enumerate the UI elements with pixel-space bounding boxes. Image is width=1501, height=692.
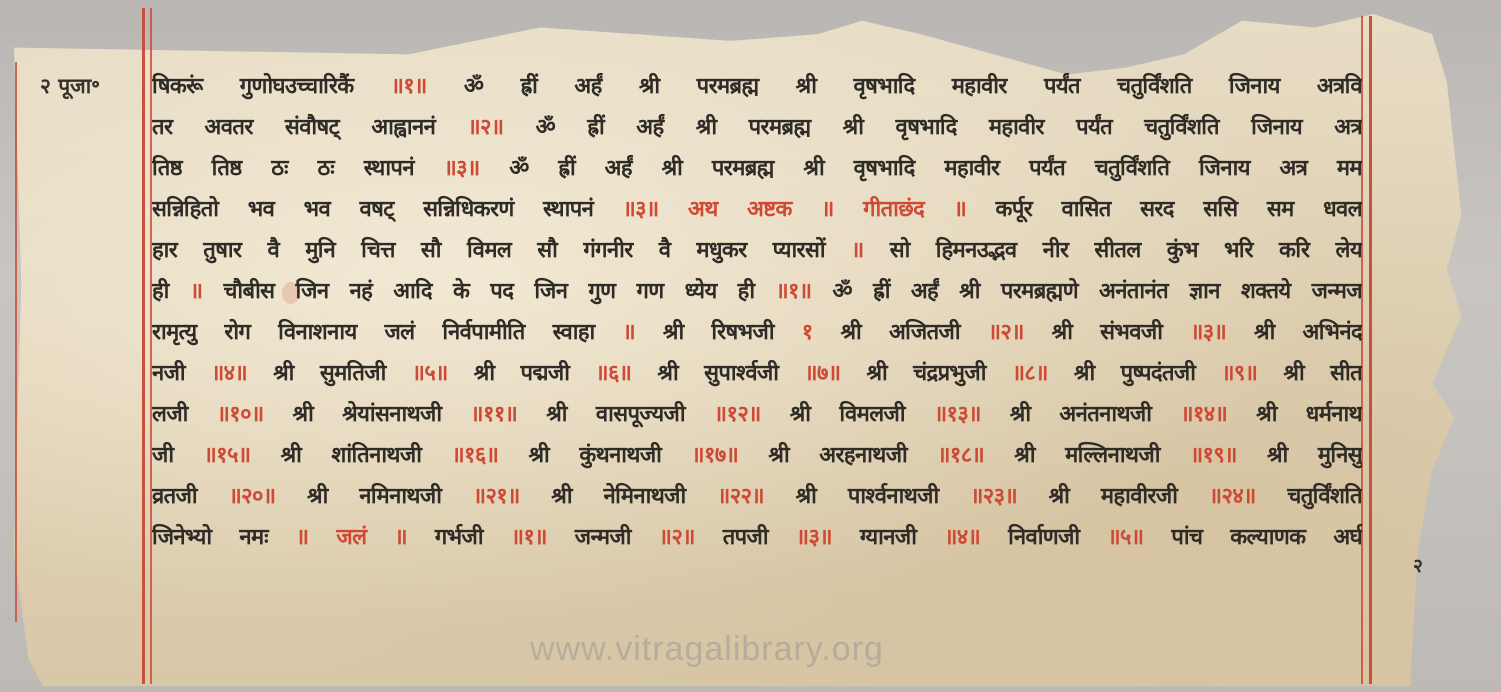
rubric-marker: ॥२॥ bbox=[659, 525, 723, 550]
rubric-marker: ॥२॥ bbox=[467, 115, 535, 140]
text-segment: ॐ ह्रीं अर्हं श्री परमब्रह्म श्री वृषभाद… bbox=[509, 156, 1362, 181]
rubric-marker: ॥१॥ bbox=[391, 74, 464, 99]
rubric-marker: ॥२३॥ bbox=[970, 484, 1048, 509]
text-segment: श्री नमिनाथजी bbox=[307, 484, 473, 509]
text-segment: ग्यानजी bbox=[860, 525, 944, 550]
left-outer-rule bbox=[15, 62, 17, 622]
text-segment: ॐ ह्रीं अर्हं श्री परमब्रह्म श्री वृषभाद… bbox=[464, 74, 1362, 99]
manuscript-line: व्रतजी ॥२०॥ श्री नमिनाथजी ॥२१॥ श्री नेमि… bbox=[152, 476, 1362, 517]
rubric-marker: ॥५॥ bbox=[1107, 525, 1171, 550]
manuscript-line: हार तुषार वै मुनि चित्त सौ विमल सौ गंगनी… bbox=[152, 230, 1362, 271]
text-segment: श्री सीत bbox=[1283, 361, 1362, 386]
manuscript-line: लजी ॥१०॥ श्री श्रेयांसनाथजी ॥११॥ श्री वा… bbox=[152, 394, 1362, 435]
rubric-marker: ॥५॥ bbox=[412, 361, 474, 386]
manuscript-line: तर अवतर संवौषट् आह्वाननं ॥२॥ ॐ ह्रीं अर्… bbox=[152, 107, 1362, 148]
text-segment: तपजी bbox=[723, 525, 796, 550]
text-segment: श्री चंद्रप्रभुजी bbox=[866, 361, 1011, 386]
rubric-marker: ॥१७॥ bbox=[691, 443, 768, 468]
text-segment: श्री पद्मजी bbox=[474, 361, 596, 386]
text-segment: तर अवतर संवौषट् आह्वाननं bbox=[152, 115, 467, 140]
rubric-marker: ॥ bbox=[851, 238, 890, 263]
text-segment: श्री पुष्पदंतजी bbox=[1074, 361, 1221, 386]
text-segment: निर्वाणजी bbox=[1008, 525, 1107, 550]
rubric-marker: ॥१९॥ bbox=[1190, 443, 1267, 468]
text-segment: ही bbox=[152, 279, 190, 304]
rubric-marker: ॥१२॥ bbox=[714, 402, 790, 427]
text-segment: चतुर्विंशति bbox=[1287, 484, 1362, 509]
text-segment: श्री वासपूज्यजी bbox=[546, 402, 714, 427]
folio-page-number: २ bbox=[1413, 552, 1423, 578]
text-segment: चौबीस जिन नहं आदि के पद जिन गुण गण ध्येय… bbox=[223, 279, 775, 304]
text-segment: श्री कुंथनाथजी bbox=[528, 443, 691, 468]
text-segment: श्री अजितजी bbox=[840, 320, 987, 345]
text-segment: गर्भजी bbox=[435, 525, 511, 550]
text-segment: जी bbox=[152, 443, 204, 468]
rubric-marker: ॥२२॥ bbox=[717, 484, 795, 509]
text-segment: श्री सुमतिजी bbox=[273, 361, 412, 386]
text-segment: षिकरूं गुणोघउच्चारिकैं bbox=[152, 74, 391, 99]
rubric-marker: ॥३॥ अथ अष्टक ॥ गीताछंद ॥ bbox=[623, 197, 996, 222]
rubric-marker: ॥११॥ bbox=[470, 402, 546, 427]
rubric-marker: ॥३॥ bbox=[796, 525, 860, 550]
rubric-marker: ॥१५॥ bbox=[204, 443, 281, 468]
text-segment: श्री मल्लिनाथजी bbox=[1014, 443, 1190, 468]
rubric-marker: ॥१४॥ bbox=[1180, 402, 1256, 427]
rubric-marker: ॥१॥ bbox=[511, 525, 575, 550]
manuscript-line: रामृत्यु रोग विनाशनाय जलं निर्वपामीति स्… bbox=[152, 312, 1362, 353]
text-segment: श्री धर्मनाथ bbox=[1256, 402, 1362, 427]
rubric-marker: ॥१०॥ bbox=[217, 402, 293, 427]
rubric-marker: ॥४॥ bbox=[944, 525, 1008, 550]
rubric-marker: ॥६॥ bbox=[595, 361, 657, 386]
manuscript-line: सन्निहितो भव भव वषट् सन्निधिकरणं स्थापनं… bbox=[152, 189, 1362, 230]
manuscript-line: तिष्ठ तिष्ठ ठः ठः स्थापनं ॥३॥ ॐ ह्रीं अर… bbox=[152, 148, 1362, 189]
rubric-marker: ॥२१॥ bbox=[473, 484, 551, 509]
text-segment: श्री संभवजी bbox=[1052, 320, 1191, 345]
rubric-marker: ॥३॥ bbox=[444, 156, 510, 181]
text-segment: जिनेभ्यो नमः bbox=[152, 525, 296, 550]
text-segment: श्री महावीरजी bbox=[1049, 484, 1209, 509]
rubric-marker: ॥८॥ bbox=[1012, 361, 1074, 386]
text-segment: सन्निहितो भव भव वषट् सन्निधिकरणं स्थापनं bbox=[152, 197, 623, 222]
rubric-marker: ॥ bbox=[623, 320, 663, 345]
rubric-marker: ॥१६॥ bbox=[451, 443, 528, 468]
rubric-marker: ॥२०॥ bbox=[229, 484, 307, 509]
text-segment: श्री अनंतनाथजी bbox=[1010, 402, 1181, 427]
rubric-marker: ॥९॥ bbox=[1221, 361, 1283, 386]
text-segment: हार तुषार वै मुनि चित्त सौ विमल सौ गंगनी… bbox=[152, 238, 851, 263]
text-segment: श्री सुपार्श्वजी bbox=[657, 361, 804, 386]
text-segment: सो हिमनउद्भव नीर सीतल कुंभ भरि करि लेय bbox=[890, 238, 1362, 263]
rubric-marker: ॥२॥ bbox=[988, 320, 1052, 345]
rubric-marker: ॥२४॥ bbox=[1209, 484, 1287, 509]
folio-margin-label: २ पूजा॰ bbox=[40, 72, 100, 100]
text-segment: ॐ ह्रीं अर्हं श्री परमब्रह्म श्री वृषभाद… bbox=[536, 115, 1362, 140]
text-segment: तिष्ठ तिष्ठ ठः ठः स्थापनं bbox=[152, 156, 444, 181]
left-border-rule-1 bbox=[142, 8, 145, 684]
rubric-marker: ॥१८॥ bbox=[937, 443, 1014, 468]
text-segment: ॐ ह्रीं अर्हं श्री परमब्रह्मणे अनंतानंत … bbox=[833, 279, 1362, 304]
rubric-marker: ॥४॥ bbox=[211, 361, 273, 386]
text-segment: श्री रिषभजी bbox=[663, 320, 802, 345]
right-border-rule-2 bbox=[1369, 16, 1372, 684]
text-segment: श्री विमलजी bbox=[790, 402, 934, 427]
text-segment: व्रतजी bbox=[152, 484, 229, 509]
rubric-marker: ॥७॥ bbox=[804, 361, 866, 386]
text-segment: कर्पूर वासित सरद ससि सम धवल bbox=[996, 197, 1362, 222]
library-watermark: www.vitragalibrary.org bbox=[530, 630, 884, 669]
manuscript-text-block: षिकरूं गुणोघउच्चारिकैं ॥१॥ ॐ ह्रीं अर्हं… bbox=[152, 66, 1362, 596]
manuscript-line: जिनेभ्यो नमः ॥ जलं ॥ गर्भजी ॥१॥ जन्मजी ॥… bbox=[152, 517, 1362, 558]
text-segment: रामृत्यु रोग विनाशनाय जलं निर्वपामीति स्… bbox=[152, 320, 623, 345]
text-segment: श्री श्रेयांसनाथजी bbox=[293, 402, 471, 427]
rubric-marker: ॥ जलं ॥ bbox=[296, 525, 435, 550]
rubric-marker: ॥३॥ bbox=[1190, 320, 1254, 345]
manuscript-line: नजी ॥४॥ श्री सुमतिजी ॥५॥ श्री पद्मजी ॥६॥… bbox=[152, 353, 1362, 394]
text-segment: नजी bbox=[152, 361, 211, 386]
rubric-marker: १ bbox=[802, 320, 841, 345]
text-segment: श्री शांतिनाथजी bbox=[281, 443, 452, 468]
text-segment: लजी bbox=[152, 402, 217, 427]
text-segment: श्री मुनिसु bbox=[1267, 443, 1362, 468]
text-segment: श्री अरहनाथजी bbox=[768, 443, 937, 468]
manuscript-line: षिकरूं गुणोघउच्चारिकैं ॥१॥ ॐ ह्रीं अर्हं… bbox=[152, 66, 1362, 107]
rubric-marker: ॥१॥ bbox=[775, 279, 832, 304]
rubric-marker: ॥१३॥ bbox=[934, 402, 1010, 427]
text-segment: श्री नेमिनाथजी bbox=[551, 484, 717, 509]
text-segment: जन्मजी bbox=[575, 525, 659, 550]
manuscript-line: ही ॥ चौबीस जिन नहं आदि के पद जिन गुण गण … bbox=[152, 271, 1362, 312]
manuscript-line: जी ॥१५॥ श्री शांतिनाथजी ॥१६॥ श्री कुंथना… bbox=[152, 435, 1362, 476]
text-segment: पांच कल्याणक अर्घ bbox=[1171, 525, 1362, 550]
rubric-marker: ॥ bbox=[190, 279, 224, 304]
text-segment: श्री अभिनंद bbox=[1254, 320, 1362, 345]
text-segment: श्री पार्श्वनाथजी bbox=[796, 484, 971, 509]
